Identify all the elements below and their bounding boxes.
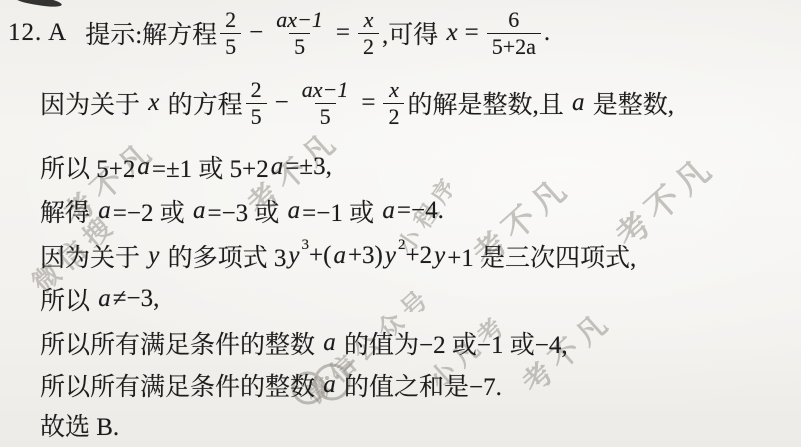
fraction: 25 [220, 8, 241, 57]
text-run: =−3 或 [207, 193, 285, 229]
text-run: 因为关于 [40, 238, 146, 274]
solution-line-3: 所以 5+2a=±1 或 5+2a=±3, [40, 150, 332, 184]
math-variable: a [321, 371, 338, 399]
math-variable: x [445, 19, 460, 47]
text-run: =−4. [397, 197, 444, 225]
math-variable: y [286, 242, 301, 270]
math-operator: − [244, 19, 268, 47]
math-operator: = [331, 19, 355, 47]
math-variable: a [191, 197, 208, 225]
solution-line-6: 所以 a≠−3, [40, 282, 159, 316]
text-run: 的多项式 3 [161, 238, 286, 274]
math-variable: a [380, 197, 397, 225]
fraction: ax−15 [297, 78, 354, 127]
solution-line-1: 12. A提示:解方程25−ax−15=x2,可得 x=65+2a. [8, 4, 550, 62]
fraction-denominator: 5+2a [487, 33, 541, 58]
math-variable: a [331, 242, 348, 270]
superscript-exponent: 3 [302, 238, 310, 253]
solution-line-7: 所以所有满足条件的整数 a 的值为−2 或−1 或−4, [40, 326, 568, 360]
text-run: =−2 或 [113, 193, 191, 229]
fraction-numerator: 2 [246, 78, 267, 102]
math-variable: a [570, 89, 587, 117]
fraction-denominator: 2 [358, 33, 379, 58]
text-run: 解得 [40, 193, 96, 229]
math-operator: = [460, 19, 484, 47]
text-run: 是整数, [587, 85, 675, 121]
fraction-numerator: ax−1 [271, 8, 328, 32]
fraction: 65+2a [487, 8, 541, 57]
solution-line-9: 故选 B. [40, 408, 119, 442]
text-run: +3) [348, 242, 383, 270]
fraction: x2 [383, 78, 404, 127]
text-run: +1 是三次四项式, [447, 238, 636, 274]
fraction-numerator: x [359, 8, 379, 32]
text-run: 的解是整数,且 [407, 85, 570, 121]
math-variable: a [135, 153, 152, 181]
text-run: ≠−3, [113, 285, 160, 313]
math-variable: x [146, 89, 161, 117]
text-run: 故选 B. [40, 407, 119, 443]
math-variable: y [432, 242, 447, 270]
math-variable: a [269, 153, 286, 181]
fraction: 25 [246, 78, 267, 127]
text-run: +( [309, 242, 331, 270]
fraction-denominator: 5 [315, 103, 336, 128]
fraction-numerator: 2 [220, 8, 241, 32]
solution-line-5: 因为关于 y 的多项式 3y3+(a+3)y2+2y+1 是三次四项式, [40, 238, 636, 274]
text-run: 的方程 [161, 85, 242, 121]
superscript-exponent: 2 [398, 238, 406, 253]
text-run: 提示:解方程 [85, 15, 217, 51]
text-run: +2 [405, 242, 432, 270]
math-variable: a [321, 329, 338, 357]
text-run: 的值之和是−7. [338, 367, 502, 403]
fraction-numerator: ax−1 [297, 78, 354, 102]
solution-line-4: 解得 a=−2 或 a=−3 或 a=−1 或 a=−4. [40, 194, 444, 228]
text-run: 所以所有满足条件的整数 [40, 367, 321, 403]
text-run: =±1 或 5+2 [152, 149, 269, 185]
math-variable: a [286, 197, 303, 225]
fraction: ax−15 [271, 8, 328, 57]
solution-line-8: 所以所有满足条件的整数 a 的值之和是−7. [40, 368, 502, 402]
solution-line-2: 因为关于 x 的方程25−ax−15=x2的解是整数,且 a 是整数, [40, 74, 674, 132]
scanned-solution-page: 考不凡 微信搜 考不凡 小程序 考不凡 考不凡 微信公众号 小凡考 考不凡 12… [0, 0, 801, 447]
text-run: 的值为−2 或−1 或−4, [338, 325, 568, 361]
math-operator: − [270, 89, 294, 117]
fraction: x2 [358, 8, 379, 57]
text-run: 因为关于 [40, 85, 146, 121]
text-run: 所以 [40, 281, 96, 317]
text-run: 12. A [8, 19, 67, 47]
math-variable: y [383, 242, 398, 270]
text-run: ,可得 [382, 15, 445, 51]
fraction-denominator: 5 [289, 33, 310, 58]
math-variable: a [96, 285, 113, 313]
fraction-denominator: 5 [246, 103, 267, 128]
text-run: . [544, 19, 550, 47]
math-variable: y [146, 242, 161, 270]
fraction-denominator: 5 [220, 33, 241, 58]
text-run: =±3, [285, 153, 332, 181]
fraction-numerator: x [384, 78, 404, 102]
fraction-numerator: 6 [503, 8, 524, 32]
math-operator: = [356, 89, 380, 117]
math-variable: a [96, 197, 113, 225]
fraction-denominator: 2 [383, 103, 404, 128]
text-run: 所以所有满足条件的整数 [40, 325, 321, 361]
text-run: =−1 或 [302, 193, 380, 229]
text-run: 所以 5+2 [40, 149, 135, 185]
